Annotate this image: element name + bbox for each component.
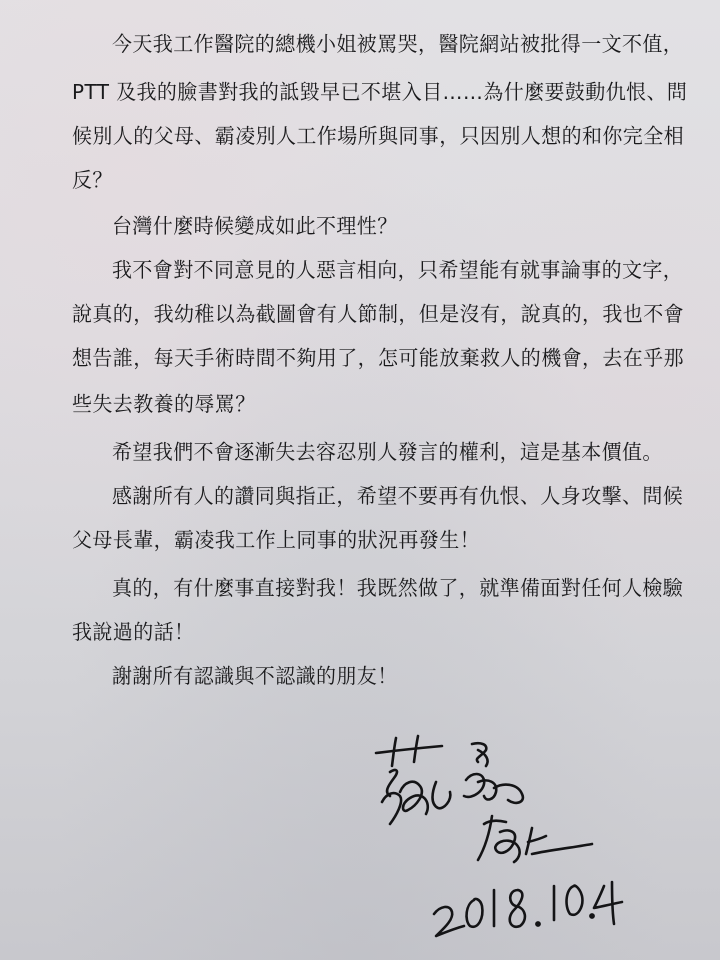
letter-line: 我說過的話！ — [72, 620, 194, 644]
letter-line: 父母長輩，霸凌我工作上同事的狀況再發生！ — [72, 528, 480, 552]
letter-line: 真的，有什麼事直接對我！我既然做了，就準備面對任何人檢驗 — [112, 576, 683, 600]
letter-line: 今天我工作醫院的總機小姐被罵哭，醫院網站被批得一文不值， — [112, 32, 683, 56]
letter-line: 反？ — [72, 168, 113, 192]
handwritten-signature-icon — [360, 720, 660, 960]
letter-line: 說真的，我幼稚以為截圖會有人節制，但是沒有，說真的，我也不會 — [72, 302, 684, 326]
letter-line: 我不會對不同意見的人惡言相向，只希望能有就事論事的文字， — [112, 258, 683, 282]
signature-block: 蘇X 敬上 2018.10.4 — [360, 720, 660, 960]
letter-line: 謝謝所有認識與不認識的朋友！ — [112, 664, 398, 688]
letter-line: PTT 及我的臉書對我的詆毀早已不堪入目……為什麼要鼓動仇恨、問 — [72, 80, 687, 104]
letter-line: 希望我們不會逐漸失去容忍別人發言的權利，這是基本價值。 — [112, 440, 663, 464]
letter-line: 想告誰，每天手術時間不夠用了，怎可能放棄救人的機會，去在乎那 — [72, 346, 684, 370]
letter-line: 候別人的父母、霸凌別人工作場所與同事，只因別人想的和你完全相 — [72, 124, 684, 148]
letter-line: 感謝所有人的讚同與指正，希望不要再有仇恨、人身攻擊、問候 — [112, 484, 683, 508]
letter-line: 台灣什麼時候變成如此不理性？ — [112, 214, 398, 238]
letter-line: 些失去教養的辱罵？ — [72, 392, 256, 416]
